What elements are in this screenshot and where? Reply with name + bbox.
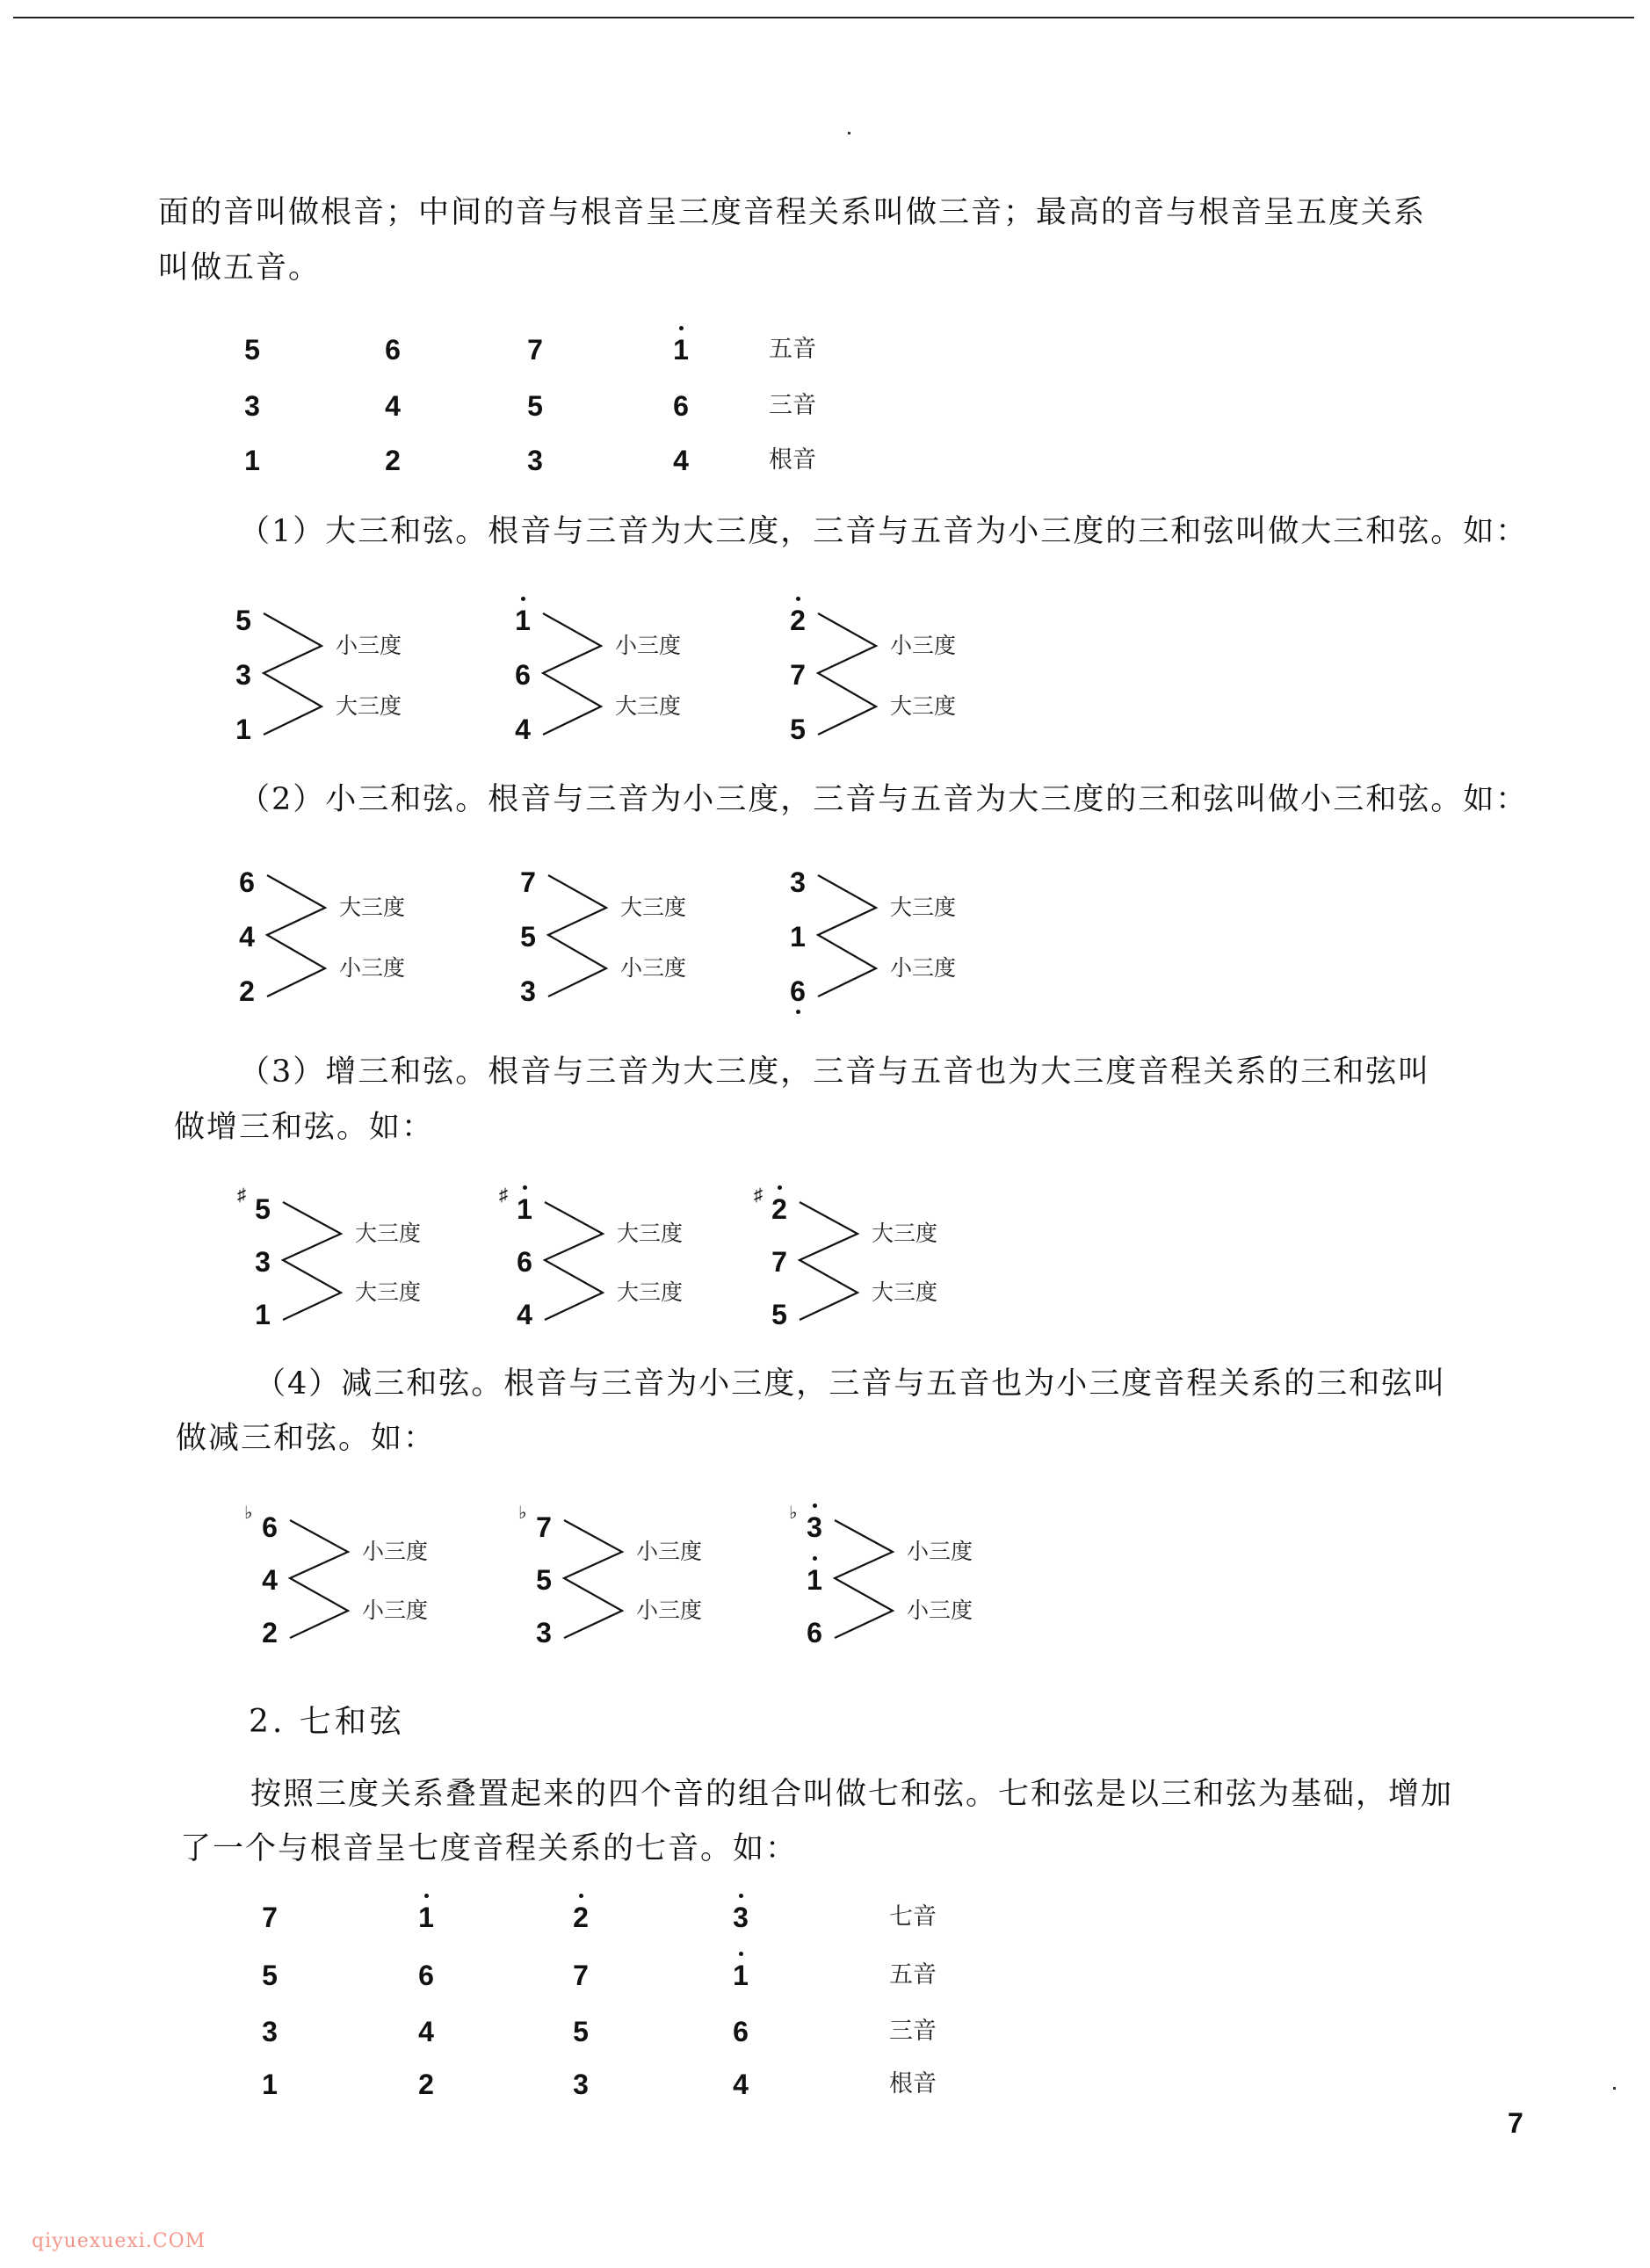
upper-interval-label: 小三度	[615, 634, 681, 658]
scan-speck	[1613, 2087, 1616, 2090]
note-digit: 5	[520, 921, 536, 953]
octave-dot-above-icon	[739, 1952, 743, 1956]
chord-note: 3	[230, 661, 257, 689]
note-digit: 7	[536, 1511, 552, 1543]
upper-interval-label: 大三度	[620, 895, 686, 920]
lower-interval-label: 小三度	[636, 1598, 702, 1623]
chord-note: 1♯	[511, 1195, 538, 1223]
note-digit: 6	[385, 334, 401, 366]
chord-note: 6	[510, 661, 536, 689]
note-digit: 4	[733, 2069, 749, 2100]
chord-note: 1	[250, 1301, 276, 1329]
note-digit: 3	[262, 2016, 278, 2047]
interval-zigzag-icon	[545, 1195, 650, 1336]
seventh-table-note: 4	[413, 2018, 439, 2046]
chord-note: 3	[785, 868, 811, 896]
note-digit: 3	[807, 1511, 822, 1543]
triad-table-note: 1	[239, 446, 265, 475]
chord-note: 4	[511, 1301, 538, 1329]
note-digit: 4	[262, 1564, 278, 1596]
interval-zigzag-icon	[290, 1513, 395, 1654]
chord-note: 1	[510, 606, 536, 634]
chord-note: 3	[531, 1619, 557, 1647]
note-digit: 7	[262, 1902, 278, 1933]
triad-table-note: 1	[668, 336, 694, 364]
note-digit: 6	[517, 1246, 532, 1278]
seventh-table-note: 3	[727, 1903, 754, 1931]
chord-note: 6♭	[257, 1513, 283, 1541]
chord-note: 4	[257, 1566, 283, 1594]
seventh-table-row-label: 七音	[889, 1904, 937, 1931]
chord-note: 1	[230, 715, 257, 743]
seventh-table-note: 3	[568, 2070, 594, 2098]
note-digit: 5	[573, 2016, 589, 2047]
note-digit: 2	[790, 605, 806, 636]
note-digit: 6	[807, 1617, 822, 1648]
chord-note: 3	[515, 977, 541, 1005]
triad-table-note: 3	[239, 392, 265, 420]
intro-line-1: 面的音叫做根音；中间的音与根音呈三度音程关系叫做三音；最高的音与根音呈五度关系	[158, 195, 1426, 230]
interval-zigzag-icon	[800, 1195, 905, 1336]
note-digit: 3	[573, 2069, 589, 2100]
lower-interval-label: 小三度	[890, 956, 956, 981]
octave-dot-above-icon	[813, 1504, 817, 1508]
interval-zigzag-icon	[264, 606, 369, 750]
seventh-table-note: 3	[257, 2018, 283, 2046]
seventh-table-note: 1	[413, 1903, 439, 1931]
note-digit: 2	[418, 2069, 434, 2100]
upper-interval-label: 小三度	[362, 1540, 428, 1564]
seventh-table-row-label: 根音	[889, 2071, 937, 2098]
chord-note: 1	[785, 923, 811, 951]
interval-zigzag-icon	[564, 1513, 669, 1654]
chord-note: 5♯	[250, 1195, 276, 1223]
watermark: qiyuexuexi.COM	[32, 2230, 206, 2252]
octave-dot-above-icon	[521, 597, 525, 601]
chord-note: 7	[785, 661, 811, 689]
note-digit: 5	[235, 605, 251, 636]
note-digit: 6	[790, 975, 806, 1007]
lower-interval-label: 大三度	[890, 694, 956, 719]
lower-interval-label: 大三度	[872, 1280, 937, 1305]
augmented-triad-text-2: 做增三和弦。如：	[174, 1110, 434, 1145]
augmented-triad-text-1: （3）增三和弦。根音与三音为大三度，三音与五音也为大三度音程关系的三和弦叫	[239, 1054, 1430, 1090]
note-digit: 4	[517, 1299, 532, 1330]
document-page: 面的音叫做根音；中间的音与根音呈三度音程关系叫做三音；最高的音与根音呈五度关系 …	[0, 0, 1650, 2268]
seventh-table-note: 7	[568, 1961, 594, 1989]
seventh-table-note: 6	[413, 1961, 439, 1989]
note-digit: 2	[573, 1902, 589, 1933]
octave-dot-below-icon	[796, 1010, 800, 1014]
lower-interval-label: 大三度	[617, 1280, 683, 1305]
chord-note: 5	[785, 715, 811, 743]
note-digit: 7	[790, 659, 806, 691]
upper-interval-label: 大三度	[872, 1221, 937, 1246]
triad-table-note: 7	[522, 336, 548, 364]
triad-table-note: 5	[522, 392, 548, 420]
chord-note: 4	[234, 923, 260, 951]
minor-triad-text: （2）小三和弦。根音与三音为小三度，三音与五音为大三度的三和弦叫做小三和弦。如：	[239, 782, 1528, 817]
note-digit: 6	[418, 1960, 434, 1991]
diminished-triad-text-1: （4）减三和弦。根音与三音为小三度，三音与五音也为小三度音程关系的三和弦叫	[255, 1366, 1446, 1402]
seventh-table-note: 6	[727, 2018, 754, 2046]
seventh-table-note: 5	[257, 1961, 283, 1989]
upper-interval-label: 小三度	[890, 634, 956, 658]
note-digit: 5	[771, 1299, 787, 1330]
triad-table-note: 3	[522, 446, 548, 475]
note-digit: 5	[255, 1193, 271, 1225]
note-digit: 3	[235, 659, 251, 691]
chord-note: 6	[785, 977, 811, 1005]
note-digit: 7	[520, 866, 536, 898]
lower-interval-label: 大三度	[336, 694, 402, 719]
octave-dot-above-icon	[679, 326, 684, 330]
note-digit: 2	[771, 1193, 787, 1225]
flat-icon: ♭	[518, 1504, 526, 1522]
chord-note: 1	[801, 1566, 828, 1594]
lower-interval-label: 小三度	[339, 956, 405, 981]
interval-zigzag-icon	[818, 868, 923, 1012]
octave-dot-above-icon	[739, 1894, 743, 1898]
note-digit: 3	[536, 1617, 552, 1648]
note-digit: 1	[790, 921, 806, 953]
note-digit: 6	[239, 866, 255, 898]
diminished-triad-text-2: 做减三和弦。如：	[176, 1421, 436, 1456]
page-number: 7	[1508, 2107, 1523, 2140]
note-digit: 6	[673, 390, 689, 422]
triad-table-note: 4	[380, 392, 406, 420]
note-digit: 1	[244, 445, 260, 476]
note-digit: 2	[262, 1617, 278, 1648]
lower-interval-label: 大三度	[355, 1280, 421, 1305]
chord-note: 4	[510, 715, 536, 743]
chord-note: 7♭	[531, 1513, 557, 1541]
seventh-table-row-label: 五音	[889, 1962, 937, 1989]
chord-note: 7	[766, 1248, 792, 1276]
seventh-table-note: 7	[257, 1903, 283, 1931]
note-digit: 5	[244, 334, 260, 366]
note-digit: 1	[255, 1299, 271, 1330]
chord-note: 2	[785, 606, 811, 634]
note-digit: 1	[262, 2069, 278, 2100]
chord-note: 6	[511, 1248, 538, 1276]
top-rule	[13, 17, 1634, 18]
note-digit: 7	[573, 1960, 589, 1991]
note-digit: 4	[515, 714, 531, 745]
seventh-table-note: 1	[257, 2070, 283, 2098]
sharp-icon: ♯	[754, 1186, 763, 1204]
note-digit: 5	[790, 714, 806, 745]
flat-icon: ♭	[789, 1504, 797, 1522]
note-digit: 5	[536, 1564, 552, 1596]
interval-zigzag-icon	[543, 606, 648, 750]
note-digit: 1	[807, 1564, 822, 1596]
note-digit: 6	[262, 1511, 278, 1543]
triad-table-note: 6	[668, 392, 694, 420]
lower-interval-label: 小三度	[362, 1598, 428, 1623]
note-digit: 1	[673, 334, 689, 366]
interval-zigzag-icon	[548, 868, 654, 1012]
triad-table-note: 2	[380, 446, 406, 475]
note-digit: 5	[262, 1960, 278, 1991]
note-digit: 4	[239, 921, 255, 953]
chord-note: 2	[257, 1619, 283, 1647]
note-digit: 7	[771, 1246, 787, 1278]
lower-interval-label: 小三度	[907, 1598, 973, 1623]
triad-table-note: 5	[239, 336, 265, 364]
chord-note: 3	[250, 1248, 276, 1276]
seventh-text-1: 按照三度关系叠置起来的四个音的组合叫做七和弦。七和弦是以三和弦为基础，增加	[250, 1777, 1453, 1812]
lower-interval-label: 大三度	[615, 694, 681, 719]
upper-interval-label: 大三度	[890, 895, 956, 920]
note-digit: 3	[244, 390, 260, 422]
lower-interval-label: 小三度	[620, 956, 686, 981]
major-triad-text: （1）大三和弦。根音与三音为大三度，三音与五音为小三度的三和弦叫做大三和弦。如：	[239, 514, 1528, 549]
note-digit: 2	[385, 445, 401, 476]
upper-interval-label: 小三度	[636, 1540, 702, 1564]
octave-dot-above-icon	[424, 1894, 429, 1898]
octave-dot-above-icon	[813, 1556, 817, 1561]
triad-table-row-label: 根音	[769, 447, 816, 474]
upper-interval-label: 小三度	[336, 634, 402, 658]
chord-note: 5	[531, 1566, 557, 1594]
seventh-text-2: 了一个与根音呈七度音程关系的七音。如：	[180, 1831, 798, 1866]
note-digit: 4	[673, 445, 689, 476]
note-digit: 3	[527, 445, 543, 476]
note-digit: 3	[790, 866, 806, 898]
chord-note: 3♭	[801, 1513, 828, 1541]
chord-note: 7	[515, 868, 541, 896]
triad-table-row-label: 三音	[769, 393, 816, 419]
note-digit: 1	[517, 1193, 532, 1225]
octave-dot-above-icon	[579, 1894, 583, 1898]
octave-dot-above-icon	[796, 597, 800, 601]
interval-zigzag-icon	[835, 1513, 940, 1654]
note-digit: 1	[733, 1960, 749, 1991]
note-digit: 4	[385, 390, 401, 422]
intro-line-2: 叫做五音。	[158, 250, 321, 286]
note-digit: 6	[733, 2016, 749, 2047]
upper-interval-label: 大三度	[617, 1221, 683, 1246]
note-digit: 7	[527, 334, 543, 366]
seventh-table-note: 4	[727, 2070, 754, 2098]
upper-interval-label: 小三度	[907, 1540, 973, 1564]
sharp-icon: ♯	[499, 1186, 508, 1204]
note-digit: 3	[520, 975, 536, 1007]
note-digit: 3	[733, 1902, 749, 1933]
seventh-table-note: 5	[568, 2018, 594, 2046]
triad-table-note: 6	[380, 336, 406, 364]
chord-note: 2♯	[766, 1195, 792, 1223]
interval-zigzag-icon	[283, 1195, 388, 1336]
note-digit: 5	[527, 390, 543, 422]
upper-interval-label: 大三度	[339, 895, 405, 920]
seventh-table-note: 2	[568, 1903, 594, 1931]
seventh-table-note: 2	[413, 2070, 439, 2098]
note-digit: 6	[515, 659, 531, 691]
note-digit: 1	[515, 605, 531, 636]
sharp-icon: ♯	[237, 1186, 246, 1204]
interval-zigzag-icon	[818, 606, 923, 750]
chord-note: 5	[515, 923, 541, 951]
note-digit: 1	[235, 714, 251, 745]
seventh-table-note: 1	[727, 1961, 754, 1989]
chord-note: 6	[234, 868, 260, 896]
section-heading-seventh-chord: 2. 七和弦	[249, 1705, 405, 1740]
chord-note: 5	[230, 606, 257, 634]
note-digit: 1	[418, 1902, 434, 1933]
interval-zigzag-icon	[267, 868, 373, 1012]
octave-dot-above-icon	[523, 1185, 527, 1190]
scan-speck	[848, 132, 850, 134]
triad-table-note: 4	[668, 446, 694, 475]
seventh-table-row-label: 三音	[889, 2018, 937, 2045]
flat-icon: ♭	[244, 1504, 252, 1522]
chord-note: 5	[766, 1301, 792, 1329]
note-digit: 3	[255, 1246, 271, 1278]
octave-dot-above-icon	[778, 1185, 782, 1190]
note-digit: 2	[239, 975, 255, 1007]
note-digit: 4	[418, 2016, 434, 2047]
chord-note: 2	[234, 977, 260, 1005]
upper-interval-label: 大三度	[355, 1221, 421, 1246]
triad-table-row-label: 五音	[769, 337, 816, 363]
chord-note: 6	[801, 1619, 828, 1647]
